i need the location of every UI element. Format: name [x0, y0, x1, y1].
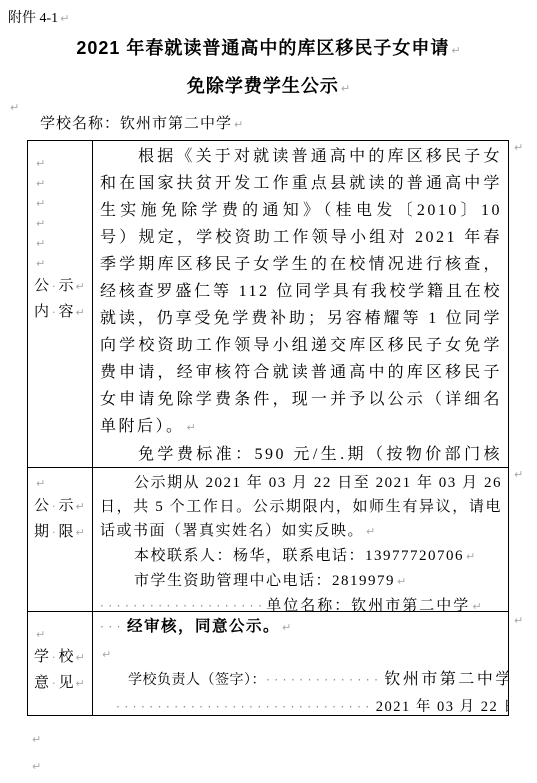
- empty-paragraph: ↵: [30, 730, 41, 748]
- pilcrow-mark: ↵: [36, 477, 45, 490]
- pilcrow-mark: ↵: [36, 197, 45, 210]
- row-label-line: 意·见↵: [34, 670, 92, 696]
- pilcrow-mark: ↵: [472, 595, 481, 611]
- empty-paragraph: ↵: [34, 253, 92, 273]
- signature-line: 学校负责人（签字）：··············钦州市第二中学↵: [100, 667, 502, 694]
- empty-paragraph: ↵: [34, 153, 92, 173]
- date-line: ·······························2021 年 03…: [100, 694, 502, 715]
- pilcrow-mark: ↵: [76, 306, 85, 319]
- pilcrow-mark: ↵: [234, 118, 243, 131]
- row-content-cell: 根据《关于对就读普通高中的库区移民子女和在国家扶贫开发工作重点县就读的普通高中学…: [93, 141, 508, 467]
- pilcrow-mark: ↵: [36, 628, 45, 641]
- label-char: 内: [34, 304, 49, 320]
- empty-paragraph: ↵: [34, 473, 92, 493]
- row-label-cell: ↵ ↵ ↵ ↵ ↵ ↵ 公·示↵ 内·容↵: [28, 141, 93, 467]
- approval-text: 经审核，同意公示。: [127, 614, 280, 640]
- dot-leader: ····················: [100, 594, 266, 611]
- pilcrow-mark: ↵: [76, 677, 85, 690]
- row-end-mark: ↵: [514, 141, 523, 154]
- row-label-line: 公·示↵: [34, 273, 92, 299]
- contact-text: 本校联系人：杨华，联系电话：13977720706: [134, 548, 464, 564]
- pilcrow-mark: ↵: [102, 648, 111, 661]
- unit-name-line: ····················单位名称：钦州市第二中学↵: [100, 594, 502, 611]
- period-text: 公示期从 2021 年 03 月 22 日至 2021 年 03 月 26 日，…: [100, 475, 502, 539]
- empty-paragraph: ↵: [8, 98, 19, 116]
- pilcrow-mark: ↵: [36, 157, 45, 170]
- pilcrow-mark: ↵: [282, 615, 291, 641]
- pilcrow-mark: ↵: [60, 12, 69, 25]
- notice-table: ↵ ↵ ↵ ↵ ↵ ↵ 公·示↵ 内·容↵ 根据《关于对就读普通高中的库区移民子…: [27, 140, 509, 716]
- pilcrow-mark: ↵: [76, 651, 85, 664]
- pilcrow-mark: ↵: [397, 575, 406, 588]
- space-dot-mark: ·: [52, 280, 56, 293]
- doc-title-line2: 免除学费学生公示↵: [0, 72, 537, 98]
- attachment-line: 附件 4-1↵: [8, 7, 69, 27]
- empty-paragraph: ↵: [34, 213, 92, 233]
- label-char: 示: [59, 278, 74, 294]
- empty-paragraph: ↵: [30, 757, 41, 775]
- table-row-opinion: ↵ 学·校↵ 意·见↵ ···经审核，同意公示。↵ ↵ 学校负责人（签字）：··…: [28, 611, 508, 715]
- space-dot-mark: ·: [52, 306, 56, 319]
- label-char: 意: [34, 675, 49, 691]
- label-char: 公: [34, 278, 49, 294]
- doc-title-line1: 2021 年春就读普通高中的库区移民子女申请↵: [0, 34, 537, 60]
- fee-standard-paragraph: 免学费标准：590 元/生.期（按物价部门核定本校实际收取学费免除）↵: [100, 441, 502, 467]
- label-char: 容: [59, 304, 74, 320]
- attachment-label: 附件 4-1: [8, 11, 58, 26]
- space-dot-mark: ·: [52, 651, 56, 664]
- fee-standard-text: 免学费标准：590 元/生.期（按物价部门核定本校实际收取学费免除）: [100, 446, 502, 467]
- row-label-line: 内·容↵: [34, 299, 92, 325]
- table-row-period: ↵ 公·示↵ 期·限↵ 公示期从 2021 年 03 月 22 日至 2021 …: [28, 467, 508, 611]
- dot-leader: ···: [100, 614, 125, 640]
- pilcrow-mark: ↵: [76, 280, 85, 293]
- pilcrow-mark: ↵: [76, 500, 85, 513]
- empty-paragraph: ↵: [34, 233, 92, 253]
- approval-line: ···经审核，同意公示。↵: [100, 614, 502, 641]
- center-phone-text: 市学生资助管理中心电话：2819979: [134, 573, 395, 589]
- notice-paragraph: 根据《关于对就读普通高中的库区移民子女和在国家扶贫开发工作重点县就读的普通高中学…: [100, 143, 502, 441]
- dot-leader: ·······························: [116, 694, 374, 715]
- label-char: 期: [34, 524, 49, 540]
- empty-paragraph: ↵: [34, 624, 92, 644]
- pilcrow-mark: ↵: [36, 217, 45, 230]
- pilcrow-mark: ↵: [32, 760, 41, 773]
- pilcrow-mark: ↵: [36, 177, 45, 190]
- date-text: 2021 年 03 月 22 日: [376, 694, 508, 715]
- row-label-cell: ↵ 公·示↵ 期·限↵: [28, 468, 93, 611]
- row-end-mark: ↵: [514, 614, 523, 627]
- center-phone-paragraph: 市学生资助管理中心电话：2819979↵: [100, 569, 502, 594]
- unit-name-text: 单位名称：钦州市第二中学: [266, 594, 470, 611]
- label-char: 学: [34, 649, 49, 665]
- row-label-line: 期·限↵: [34, 519, 92, 545]
- signature-label: 学校负责人（签字）：: [128, 668, 266, 694]
- row-content-cell: 公示期从 2021 年 03 月 22 日至 2021 年 03 月 26 日，…: [93, 468, 508, 611]
- label-char: 见: [59, 675, 74, 691]
- space-dot-mark: ·: [52, 677, 56, 690]
- doc-title-text2: 免除学费学生公示: [187, 76, 339, 96]
- pilcrow-mark: ↵: [451, 44, 460, 57]
- pilcrow-mark: ↵: [36, 237, 45, 250]
- empty-paragraph: ↵: [34, 193, 92, 213]
- pilcrow-mark: ↵: [36, 257, 45, 270]
- row-label-line: 学·校↵: [34, 644, 92, 670]
- pilcrow-mark: ↵: [341, 82, 350, 95]
- row-content-cell: ···经审核，同意公示。↵ ↵ 学校负责人（签字）：··············…: [93, 612, 508, 715]
- row-label-line: 公·示↵: [34, 493, 92, 519]
- row-end-mark: ↵: [514, 468, 523, 481]
- label-char: 校: [59, 649, 74, 665]
- pilcrow-mark: ↵: [32, 733, 41, 746]
- contact-paragraph: 本校联系人：杨华，联系电话：13977720706↵: [100, 544, 502, 569]
- label-char: 公: [34, 498, 49, 514]
- space-dot-mark: ·: [52, 526, 56, 539]
- table-row-content: ↵ ↵ ↵ ↵ ↵ ↵ 公·示↵ 内·容↵ 根据《关于对就读普通高中的库区移民子…: [28, 141, 508, 467]
- space-dot-mark: ·: [52, 500, 56, 513]
- label-char: 示: [59, 498, 74, 514]
- dot-leader: ··············: [266, 667, 382, 693]
- empty-paragraph: ↵: [100, 641, 502, 667]
- label-char: 限: [59, 524, 74, 540]
- empty-paragraph: ↵: [34, 173, 92, 193]
- pilcrow-mark: ↵: [366, 525, 375, 538]
- doc-title-text1: 2021 年春就读普通高中的库区移民子女申请: [76, 38, 449, 58]
- word-document-page: 附件 4-1↵ 2021 年春就读普通高中的库区移民子女申请↵ 免除学费学生公示…: [0, 0, 537, 783]
- pilcrow-mark: ↵: [10, 101, 19, 114]
- pilcrow-mark: ↵: [466, 550, 475, 563]
- school-name-text: 学校名称：钦州市第二中学: [40, 116, 232, 132]
- period-paragraph: 公示期从 2021 年 03 月 22 日至 2021 年 03 月 26 日，…: [100, 471, 502, 544]
- notice-paragraph-text: 根据《关于对就读普通高中的库区移民子女和在国家扶贫开发工作重点县就读的普通高中学…: [100, 148, 502, 435]
- row-label-cell: ↵ 学·校↵ 意·见↵: [28, 612, 93, 715]
- pilcrow-mark: ↵: [187, 421, 196, 434]
- pilcrow-mark: ↵: [76, 526, 85, 539]
- signature-school-text: 钦州市第二中学: [384, 667, 508, 693]
- school-name-line: 学校名称：钦州市第二中学↵: [40, 112, 243, 133]
